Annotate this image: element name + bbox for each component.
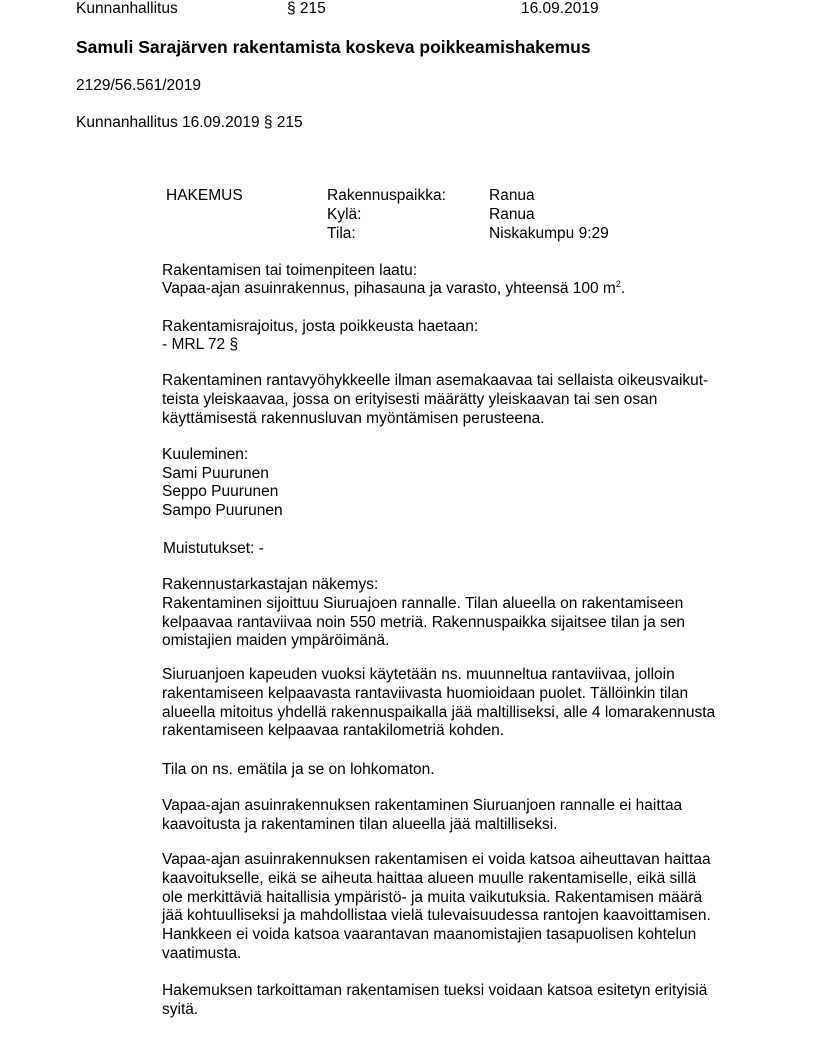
opinion-line: rakentamiseen kelpaavasta rantaviivasta …: [162, 685, 762, 704]
restriction-line: teista yleiskaavaa, jossa on erityisesti…: [162, 391, 762, 410]
document-title: Samuli Sarajärven rakentamista koskeva p…: [76, 38, 591, 56]
opinion-paragraph-4: Vapaa-ajan asuinrakennuksen rakentaminen…: [162, 797, 762, 835]
restriction-item: - MRL 72 §: [162, 336, 238, 354]
opinion-line: Hankkeen ei voida katsoa vaarantavan maa…: [162, 926, 762, 945]
header-date: 16.09.2019: [521, 0, 599, 18]
opinion-line: kaavoitukselle, eikä se aiheuta haittaa …: [162, 870, 762, 889]
opinion-paragraph-5: Vapaa-ajan asuinrakennuksen rakentamisen…: [162, 851, 762, 964]
record-number: 2129/56.561/2019: [76, 77, 201, 95]
opinion-paragraph-6: Hakemuksen tarkoittaman rakentamisen tue…: [162, 982, 762, 1020]
header-section: § 215: [287, 0, 326, 18]
hearing-section: Kuuleminen: Sami Puurunen Seppo Puurunen…: [162, 446, 762, 520]
field-value-village: Ranua: [489, 206, 535, 224]
opinion-line: jää kohtuulliseksi ja mahdollistaa vielä…: [162, 907, 762, 926]
inspector-opinion: Rakennustarkastajan näkemys: Rakentamine…: [162, 576, 762, 651]
opinion-line: omistajien maiden ympäröimänä.: [162, 632, 762, 651]
construction-type-heading: Rakentamisen tai toimenpiteen laatu:: [162, 262, 417, 280]
hearing-heading: Kuuleminen:: [162, 446, 762, 465]
remarks: Muistutukset: -: [163, 540, 264, 558]
field-key-building-site: Rakennuspaikka:: [327, 187, 446, 205]
opinion-line: Tila on ns. emätila ja se on lohkomaton.: [162, 761, 762, 780]
field-key-village: Kylä:: [327, 206, 361, 224]
opinion-line: rakentamiseen kelpaavaa rantakilometriä …: [162, 722, 762, 741]
opinion-line: syitä.: [162, 1001, 762, 1020]
header-body: Kunnanhallitus: [76, 0, 178, 18]
hearing-name: Sampo Puurunen: [162, 502, 762, 521]
meeting-reference: Kunnanhallitus 16.09.2019 § 215: [76, 114, 303, 132]
field-value-estate: Niskakumpu 9:29: [489, 225, 609, 243]
opinion-paragraph-2: Siuruanjoen kapeuden vuoksi käytetään ns…: [162, 666, 762, 741]
restriction-line: käyttämisestä rakennusluvan myöntämisen …: [162, 410, 762, 429]
opinion-line: kaavoitusta ja rakentaminen tilan alueel…: [162, 816, 762, 835]
opinion-line: kelpaavaa rantaviivaa noin 550 metriä. R…: [162, 614, 762, 633]
hearing-name: Seppo Puurunen: [162, 483, 762, 502]
application-label: HAKEMUS: [166, 187, 243, 205]
opinion-line: vaatimusta.: [162, 945, 762, 964]
field-value-building-site: Ranua: [489, 187, 535, 205]
opinion-line: Vapaa-ajan asuinrakennuksen rakentaminen…: [162, 797, 762, 816]
opinion-line: Siuruanjoen kapeuden vuoksi käytetään ns…: [162, 666, 762, 685]
opinion-line: alueella mitoitus yhdellä rakennuspaikal…: [162, 704, 762, 723]
opinion-paragraph-3: Tila on ns. emätila ja se on lohkomaton.: [162, 761, 762, 780]
construction-type-main: Vapaa-ajan asuinrakennus, pihasauna ja v…: [162, 280, 616, 297]
field-key-estate: Tila:: [327, 225, 356, 243]
construction-type-text: Vapaa-ajan asuinrakennus, pihasauna ja v…: [162, 280, 625, 298]
opinion-line: ole merkittäviä haitallisia ympäristö- j…: [162, 889, 762, 908]
inspector-heading: Rakennustarkastajan näkemys:: [162, 576, 762, 595]
restriction-heading: Rakentamisrajoitus, josta poikkeusta hae…: [162, 318, 478, 336]
restriction-description: Rakentaminen rantavyöhykkeelle ilman ase…: [162, 372, 762, 428]
construction-type-period: .: [621, 280, 625, 297]
opinion-line: Hakemuksen tarkoittaman rakentamisen tue…: [162, 982, 762, 1001]
opinion-line: Rakentaminen sijoittuu Siuruajoen rannal…: [162, 595, 762, 614]
opinion-line: Vapaa-ajan asuinrakennuksen rakentamisen…: [162, 851, 762, 870]
hearing-name: Sami Puurunen: [162, 465, 762, 484]
restriction-line: Rakentaminen rantavyöhykkeelle ilman ase…: [162, 372, 762, 391]
